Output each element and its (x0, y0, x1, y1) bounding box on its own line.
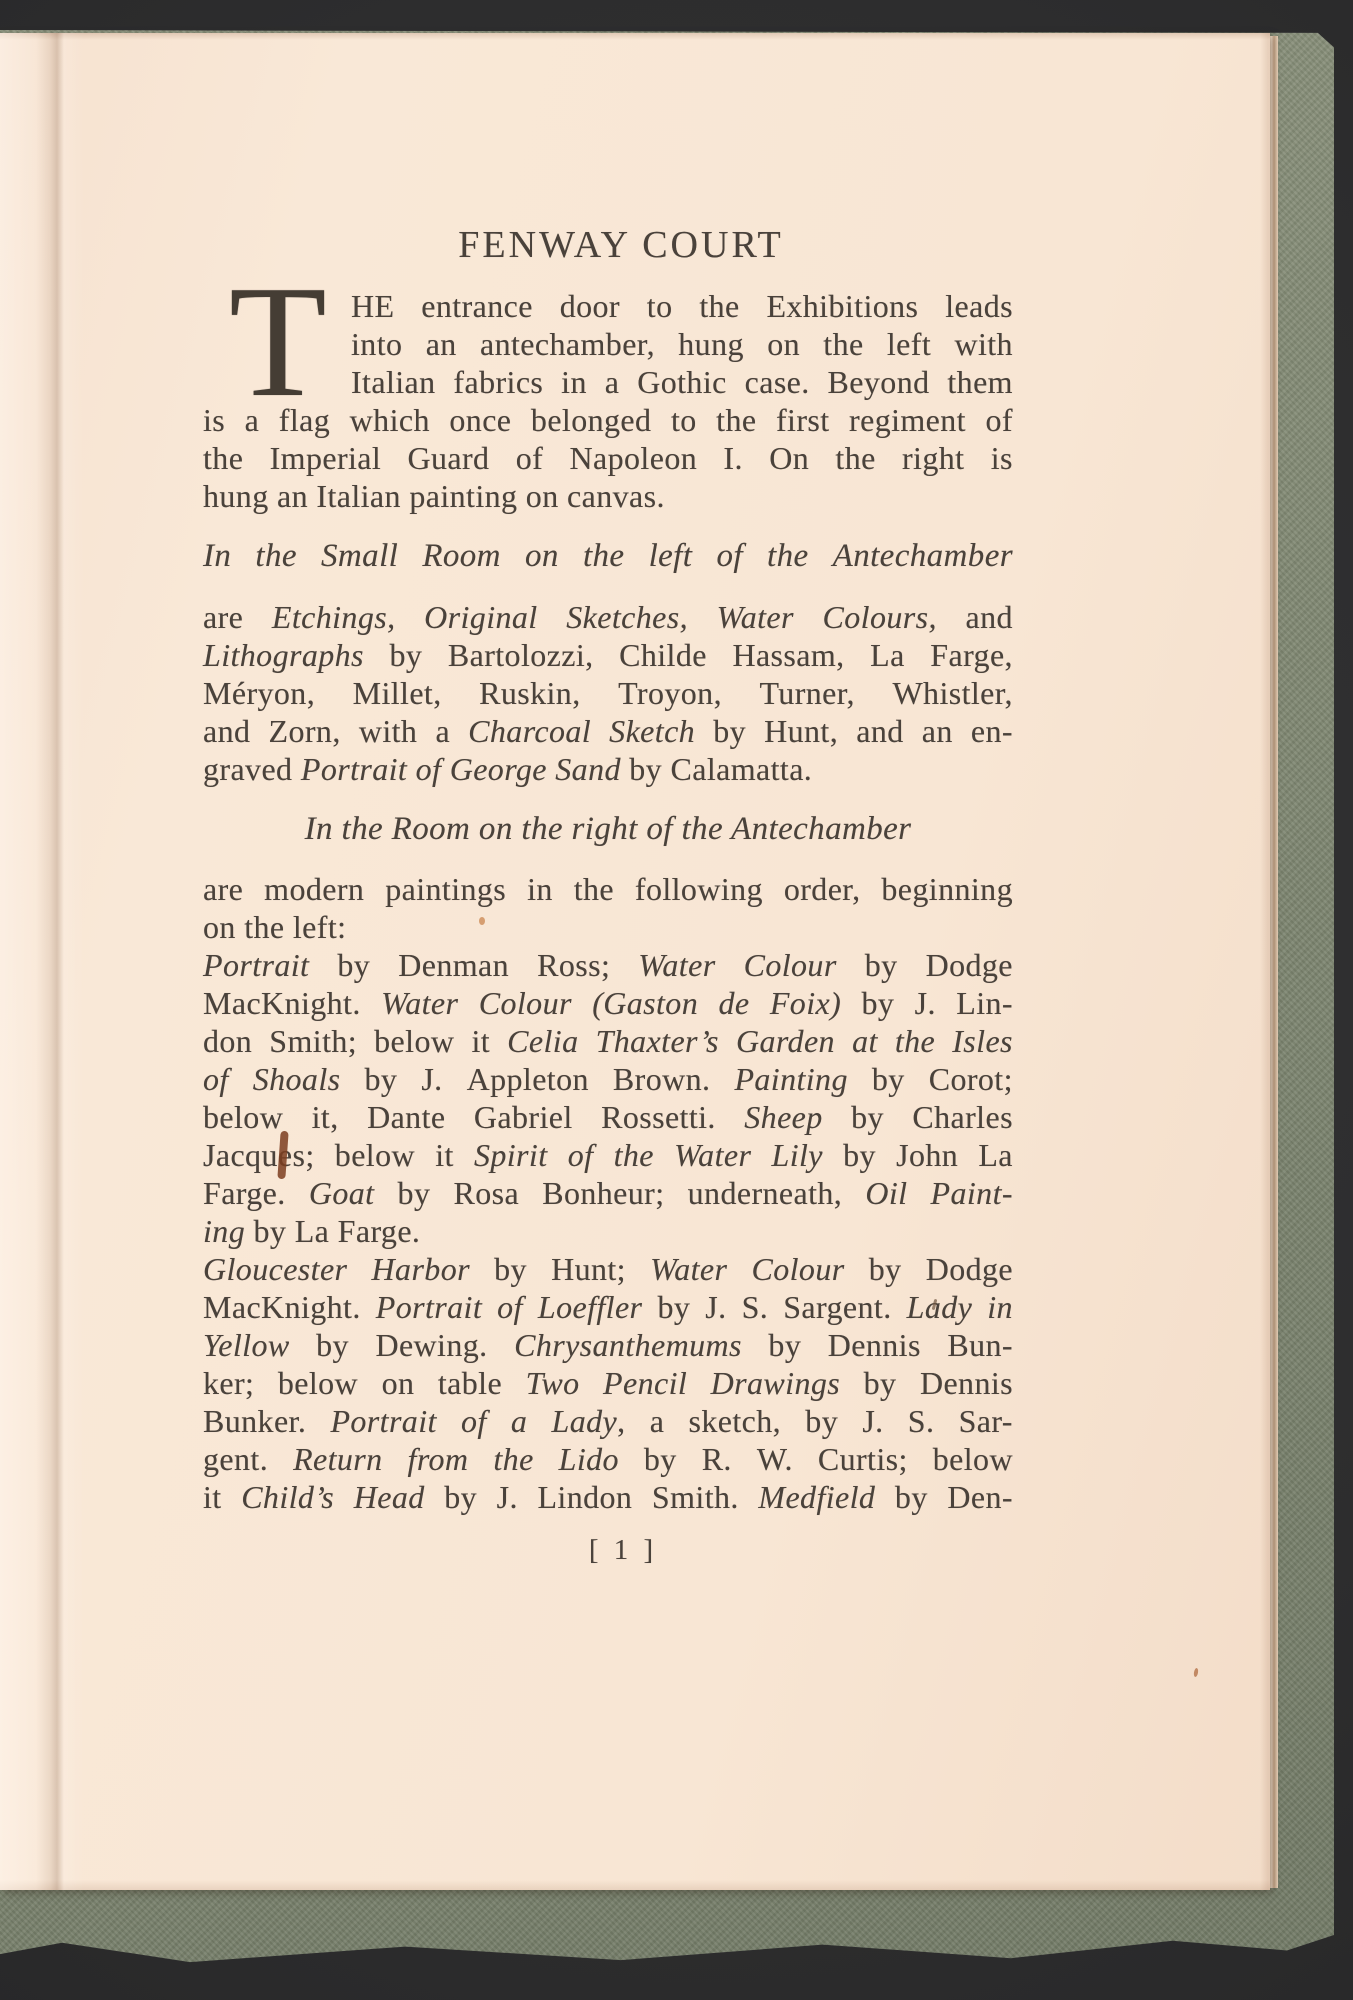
text-line: ItalianfabricsinaGothiccase.Beyondthem (203, 363, 1013, 401)
text-line: PortraitbyDenmanRoss;WaterColourbyDodge (203, 946, 1013, 984)
section-heading-small-room: IntheSmallRoomontheleftoftheAntechamber (203, 537, 1013, 575)
text-line: ing by La Farge. (203, 1212, 1013, 1250)
photographed-book-page: FENWAY COURT T HEentrancedoortotheExhibi… (0, 0, 1353, 2000)
text-line: Méryon,Millet,Ruskin,Troyon,Turner,Whist… (203, 674, 1013, 712)
text-line: theImperialGuardofNapoleonI.Ontherightis (203, 439, 1013, 477)
text-line: hung an Italian painting on canvas. (203, 477, 1013, 515)
text-line: belowit,DanteGabrielRossetti.SheepbyChar… (203, 1098, 1013, 1136)
text-line: LithographsbyBartolozzi,ChildeHassam,LaF… (203, 636, 1013, 674)
text-line: ofShoalsbyJ.AppletonBrown.PaintingbyCoro… (203, 1060, 1013, 1098)
text-line: graved Portrait of George Sand by Calama… (203, 750, 1013, 788)
text-line: itChild’sHeadbyJ.LindonSmith.MedfieldbyD… (203, 1478, 1013, 1516)
section-heading-right-room: In the Room on the right of the Antecham… (203, 810, 1013, 848)
text-line: Bunker.PortraitofaLady,asketch,byJ.S.Sar… (203, 1402, 1013, 1440)
text-line: isaflagwhichoncebelongedtothefirstregime… (203, 401, 1013, 439)
text-line: GloucesterHarborbyHunt;WaterColourbyDodg… (203, 1250, 1013, 1288)
text-column: FENWAY COURT T HEentrancedoortotheExhibi… (203, 33, 1013, 1890)
text-line: donSmith;belowitCeliaThaxter’sGardenatth… (203, 1022, 1013, 1060)
text-line: MacKnight.WaterColour(GastondeFoix)byJ.L… (203, 984, 1013, 1022)
text-line: Farge.GoatbyRosaBonheur;underneath,OilPa… (203, 1174, 1013, 1212)
page-number-folio: [ 1 ] (218, 1531, 1028, 1569)
text-line: In the Room on the right of the Antecham… (203, 810, 1013, 848)
text-line: MacKnight.PortraitofLoefflerbyJ.S.Sargen… (203, 1288, 1013, 1326)
text-line: on the left: (203, 908, 1013, 946)
text-line: andZorn,withaCharcoalSketchbyHunt,andane… (203, 712, 1013, 750)
text-line: intoanantechamber,hungontheleftwith (203, 325, 1013, 363)
text-line: areEtchings,OriginalSketches,WaterColour… (203, 598, 1013, 636)
paragraph-opening: T HEentrancedoortotheExhibitionsleadsint… (203, 287, 1013, 515)
edge-speck (1193, 1668, 1199, 1678)
page-title: FENWAY COURT (216, 223, 1026, 267)
text-line: ker;belowontableTwoPencilDrawingsbyDenni… (203, 1364, 1013, 1402)
text-line: gent.ReturnfromtheLidobyR.W.Curtis;below (203, 1440, 1013, 1478)
text-line: Jacques;belowitSpiritoftheWaterLilybyJoh… (203, 1136, 1013, 1174)
book-page: FENWAY COURT T HEentrancedoortotheExhibi… (0, 33, 1270, 1890)
paragraph-small-room: areEtchings,OriginalSketches,WaterColour… (203, 598, 1013, 788)
text-line: IntheSmallRoomontheleftoftheAntechamber (203, 537, 1013, 575)
text-line: HEentrancedoortotheExhibitionsleads (203, 287, 1013, 325)
text-line: aremodernpaintingsinthefollowingorder,be… (203, 870, 1013, 908)
paragraph-right-room: aremodernpaintingsinthefollowingorder,be… (203, 870, 1013, 1516)
text-line: YellowbyDewing.ChrysanthemumsbyDennisBun… (203, 1326, 1013, 1364)
